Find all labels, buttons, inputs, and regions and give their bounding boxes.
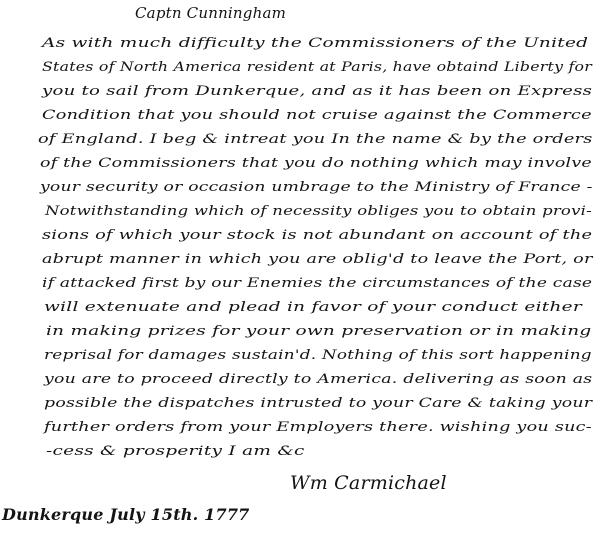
body-line-10: abrupt manner in which you are oblig'd t… (42, 252, 593, 267)
body-line-7: your security or occasion umbrage to the… (40, 180, 593, 195)
body-line-1: As with much difficulty the Commissioner… (42, 36, 588, 51)
body-line-9: sions of which your stock is not abundan… (42, 228, 592, 243)
body-line-17: further orders from your Employers there… (44, 420, 592, 435)
body-line-2: States of North America resident at Pari… (42, 60, 592, 75)
body-line-6: of the Commissioners that you do nothing… (40, 156, 592, 171)
body-line-8: Notwithstanding which of necessity oblig… (45, 204, 592, 219)
signature: Wm Carmichael (290, 472, 447, 494)
body-line-11: if attacked first by our Enemies the cir… (42, 276, 592, 291)
addressee: Captn Cunningham (135, 4, 286, 22)
body-line-15: you are to proceed directly to America. … (44, 372, 592, 387)
body-line-4: Condition that you should not cruise aga… (42, 108, 592, 123)
body-line-5: of England. I beg & intreat you In the n… (38, 132, 593, 147)
body-line-3: you to sail from Dunkerque, and as it ha… (42, 84, 592, 99)
body-line-14: reprisal for damages sustain'd. Nothing … (44, 348, 592, 363)
body-line-16: possible the dispatches intrusted to you… (44, 396, 592, 411)
body-line-12: will extenuate and plead in favor of you… (44, 300, 582, 315)
letter-page: Captn Cunningham As with much difficulty… (0, 0, 600, 535)
body-line-13: in making prizes for your own preservati… (46, 324, 591, 339)
body-line-18: -cess & prosperity I am &c (46, 444, 305, 459)
dateline: Dunkerque July 15th. 1777 (2, 505, 250, 524)
